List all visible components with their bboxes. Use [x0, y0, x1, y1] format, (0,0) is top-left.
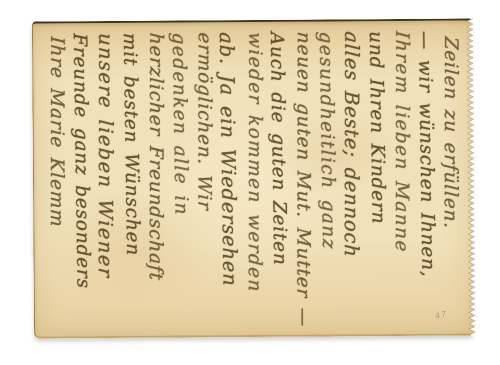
- handwriting-line: mit besten Wünschen: [119, 32, 142, 326]
- handwriting-line: Ihrem lieben Manne: [391, 30, 410, 325]
- handwriting-text: Zeilen zu erfüllen.— wir wünschen Ihnen,…: [44, 30, 462, 327]
- perforated-edge-icon: [465, 18, 475, 335]
- handwriting-line: — wir wünschen Ihnen,: [414, 30, 437, 324]
- handwriting-line: Freunde ganz besonders: [69, 33, 92, 327]
- handwriting-line: neuen guten Mut. Mutter —: [293, 31, 312, 238]
- handwriting-line: Zeilen zu erfüllen.: [440, 30, 459, 290]
- handwriting-line: unsere lieben Wiener: [96, 32, 116, 327]
- postcard: Zeilen zu erfüllen.— wir wünschen Ihnen,…: [32, 18, 473, 338]
- handwriting-line: gedenken alle in: [168, 32, 191, 326]
- handwriting-line: ab. Ja ein Wiedersehen: [217, 32, 241, 326]
- handwriting-line: Ihre Marie Klemm: [47, 32, 66, 327]
- scanned-document-background: Zeilen zu erfüllen.— wir wünschen Ihnen,…: [0, 0, 500, 365]
- handwriting-line: Auch die guten Zeiten: [266, 31, 289, 325]
- handwriting-line: und Ihren Kindern: [365, 31, 388, 325]
- handwriting-line: alles Beste; dennoch: [342, 30, 362, 325]
- handwriting-line: gesundheitlich ganz: [315, 31, 338, 325]
- handwriting-line: herzlicher Freundschaft: [145, 32, 164, 327]
- handwriting-block: Zeilen zu erfüllen.— wir wünschen Ihnen,…: [44, 30, 462, 327]
- handwriting-line: wieder kommen werden: [244, 31, 263, 326]
- handwriting-line: ermöglichen. Wir: [194, 31, 213, 214]
